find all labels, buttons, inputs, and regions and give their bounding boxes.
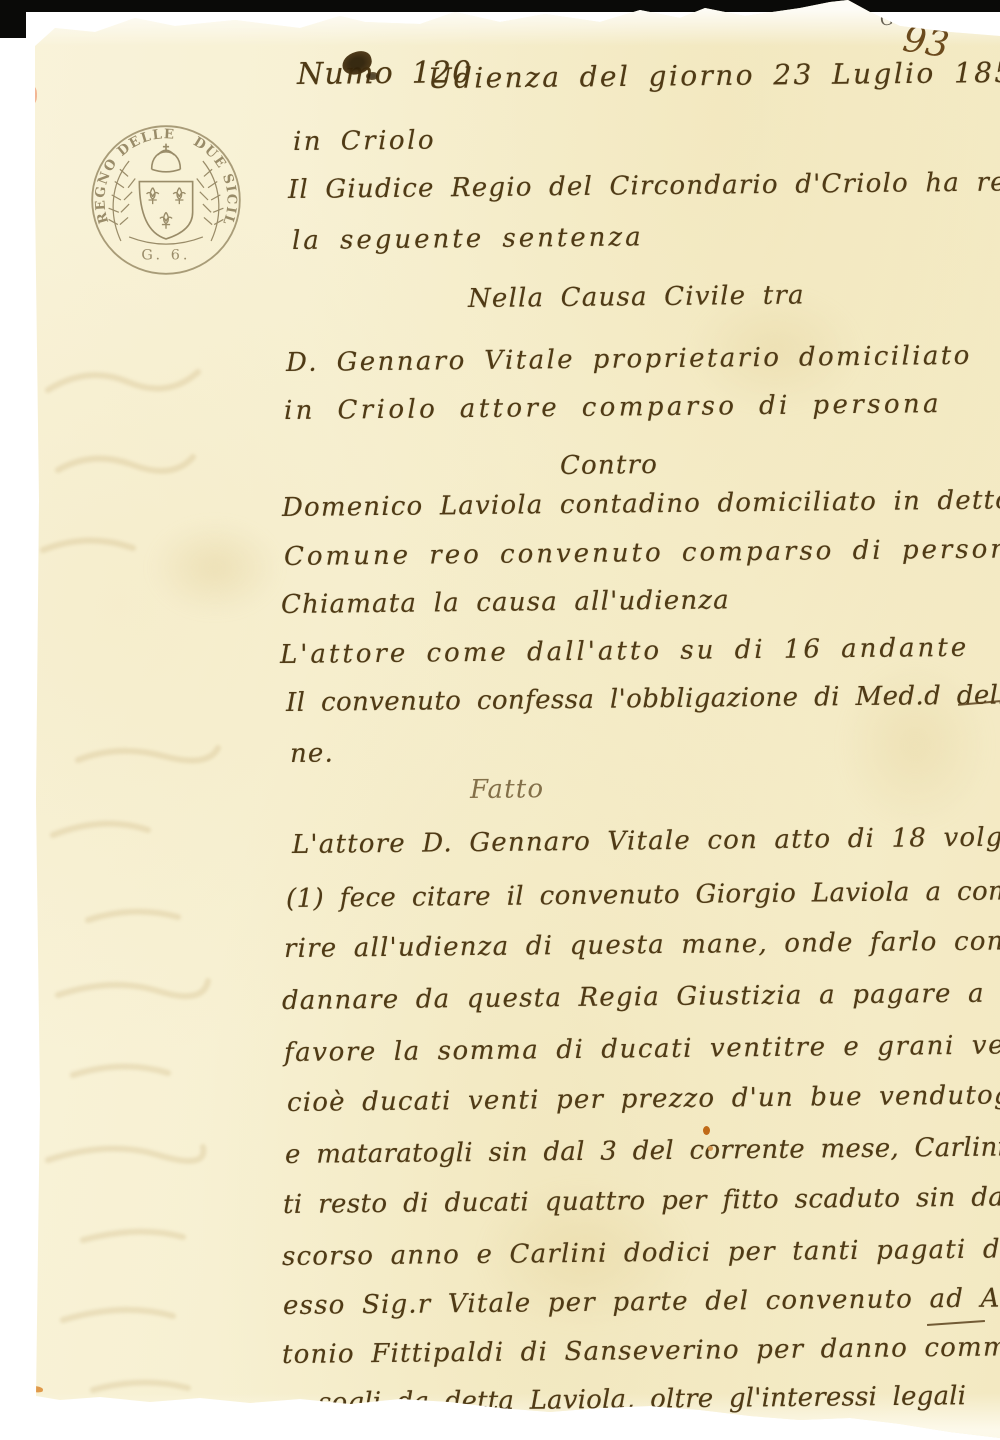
handwritten-line: ti resto di ducati quattro per fitto sca… (283, 1183, 1000, 1219)
underline-stroke (927, 1320, 985, 1326)
handwritten-line: Comune reo convenuto comparso di persona (284, 535, 1000, 571)
fleur-de-lis-icons (147, 188, 186, 229)
handwritten-line: rire all'udienza di questa mane, onde fa… (284, 927, 1000, 963)
seal-base-text: G. 6. (141, 247, 190, 263)
corner-mark: G (879, 9, 894, 30)
handwritten-line: Chiamata la causa all'udienza (281, 586, 730, 619)
handwritten-line: in Criolo (293, 127, 436, 157)
shield-icon (139, 182, 192, 239)
handwritten-line: in Criolo attore comparso di persona (284, 390, 942, 425)
seal-arc-left-text: REGNO DELLE (92, 126, 176, 225)
handwritten-line: Udienza del giorno 23 Luglio 1855 (428, 58, 1000, 95)
bleedthrough-marks (18, 330, 298, 1430)
rust-spot (708, 1146, 713, 1151)
ink-blot (366, 72, 378, 80)
handwritten-line: D. Gennaro Vitale proprietario domicilia… (286, 342, 972, 378)
handwritten-line: Nella Causa Civile tra (468, 281, 805, 313)
handwritten-line: Il Giudice Regio del Circondario d'Criol… (288, 168, 1000, 204)
handwritten-line: ne. (290, 740, 334, 769)
handwritten-line: e mataratogli sin dal 3 del corrente mes… (285, 1133, 1000, 1170)
handwritten-line: esso Sig.r Vitale per parte del convenut… (283, 1284, 1000, 1320)
handwritten-line: Fatto (470, 775, 545, 804)
handwritten-line: la seguente sentenza (292, 223, 644, 255)
rust-spot (703, 1126, 710, 1135)
handwritten-line: Contro (560, 451, 658, 481)
age-spot (150, 520, 280, 615)
paper-chip (26, 86, 37, 104)
handwritten-line: dannare da questa Regia Giustizia a paga… (282, 979, 1000, 1016)
handwritten-line: Domenico Laviola contadino domiciliato i… (282, 486, 1000, 522)
handwritten-line: L'attore come dall'atto su di 16 andante (280, 634, 969, 670)
scanned-manuscript: REGNO DELLE DUE SICILIE (0, 0, 1000, 1440)
scanner-edge-corner (0, 0, 26, 38)
handwritten-line: (1) fece citare il convenuto Giorgio Lav… (286, 877, 1000, 914)
rust-spot (26, 1385, 44, 1393)
handwritten-line: L'attore D. Gennaro Vitale con atto di 1… (292, 823, 1000, 860)
handwritten-line: tonio Fittipaldi di Sanseverino per dann… (282, 1333, 1000, 1370)
svg-text:REGNO DELLE DUE SICILI: REGNO DELLE DUE SICILIE (84, 118, 240, 231)
handwritten-line: favore la somma di ducati ventitre e gra… (284, 1031, 1000, 1068)
laurel-branches (109, 161, 224, 244)
royal-seal-stamp: REGNO DELLE DUE SICILIE (84, 118, 248, 282)
handwritten-line: scorso anno e Carlini dodici per tanti p… (282, 1235, 1000, 1271)
manuscript-page: REGNO DELLE DUE SICILIE (0, 0, 1000, 1440)
crown-icon (152, 144, 181, 172)
handwritten-line: cioè ducati venti per prezzo d'un bue ve… (287, 1081, 1000, 1117)
handwritten-line: Il convenuto confessa l'obbligazione di … (286, 681, 1000, 718)
